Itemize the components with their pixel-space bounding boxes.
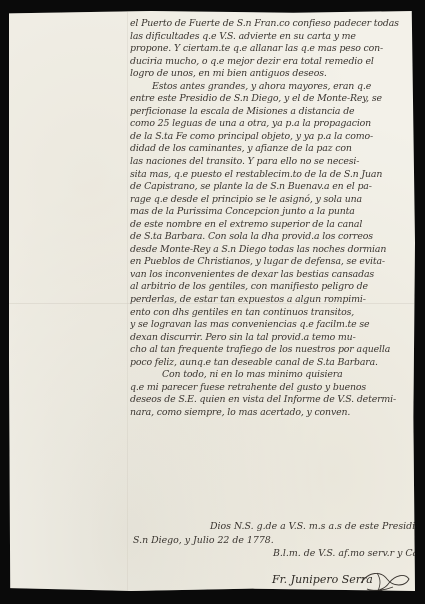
body-line: rage q.e desde el principio se le asignó… bbox=[130, 194, 414, 207]
letter-body: el Puerto de Fuerte de S.n Fran.co confi… bbox=[130, 18, 414, 420]
body-line: deseos de S.E. quien en vista del Inform… bbox=[130, 394, 414, 407]
body-line: de S.ta Barbara. Con sola la dha provid.… bbox=[130, 231, 414, 244]
body-line: Estos antes grandes, y ahora mayores, er… bbox=[130, 81, 414, 94]
body-line: el Puerto de Fuerte de S.n Fran.co confi… bbox=[130, 18, 414, 31]
body-line: las dificultades q.e V.S. advierte en su… bbox=[130, 31, 414, 44]
closing-courtesy: B.l.m. de V.S. af.mo serv.r y Capellan bbox=[273, 548, 425, 559]
body-line: sita mas, q.e puesto el restablecim.to d… bbox=[130, 169, 414, 182]
body-line: como 25 leguas de una a otra, ya p.a la … bbox=[130, 118, 414, 131]
body-line: desde Monte-Rey a S.n Diego todas las no… bbox=[130, 244, 414, 257]
body-line: mas de la Purissima Concepcion junto a l… bbox=[130, 206, 414, 219]
body-line: y se logravan las mas conveniencias q.e … bbox=[130, 319, 414, 332]
body-line: cho al tan frequente trafiego de los nue… bbox=[130, 344, 414, 357]
body-line: perderlas, de estar tan expuestos a algu… bbox=[130, 294, 414, 307]
body-line: poco feliz, aunq.e tan deseable canal de… bbox=[130, 357, 414, 370]
body-line: en Pueblos de Christianos, y lugar de de… bbox=[130, 256, 414, 269]
body-line: Con todo, ni en lo mas minimo quisiera bbox=[130, 369, 414, 382]
closing-blessing: Dios N.S. g.de a V.S. m.s a.s de este Pr… bbox=[210, 521, 425, 532]
body-line: propone. Y ciertam.te q.e allanar las q.… bbox=[130, 43, 414, 56]
body-line: de la S.ta Fe como principal objeto, y y… bbox=[130, 131, 414, 144]
body-line: las naciones del transito. Y para ello n… bbox=[130, 156, 414, 169]
manuscript-page: el Puerto de Fuerte de S.n Fran.co confi… bbox=[9, 11, 415, 591]
body-line: entre este Presidio de S.n Diego, y el d… bbox=[130, 93, 414, 106]
body-line: de Capistrano, se plante la de S.n Buena… bbox=[130, 181, 414, 194]
body-line: logro de unos, en mi bien antiguos deseo… bbox=[130, 68, 414, 81]
body-line: didad de los caminantes, y afianze de la… bbox=[130, 143, 414, 156]
body-line: ento con dhs gentiles en tan continuos t… bbox=[130, 307, 414, 320]
body-line: perficionase la escala de Misiones a dis… bbox=[130, 106, 414, 119]
signature: Fr. Junipero Serra bbox=[272, 573, 373, 586]
body-line: duciria mucho, o q.e mejor dezir era tot… bbox=[130, 56, 414, 69]
body-line: dexan discurrir. Pero sin la tal provid.… bbox=[130, 332, 414, 345]
body-line: de este nombre en el extremo superior de… bbox=[130, 219, 414, 232]
paper-fold-vertical bbox=[127, 11, 128, 591]
body-line: nara, como siempre, lo mas acertado, y c… bbox=[130, 407, 414, 420]
closing-place-date: S.n Diego, y Julio 22 de 1778. bbox=[133, 535, 274, 546]
body-line: van los inconvenientes de dexar las best… bbox=[130, 269, 414, 282]
body-line: al arbitrio de los gentiles, con manifie… bbox=[130, 281, 414, 294]
body-line: q.e mi parecer fuese retrahente del gust… bbox=[130, 382, 414, 395]
signature-rubric-icon bbox=[359, 569, 411, 595]
